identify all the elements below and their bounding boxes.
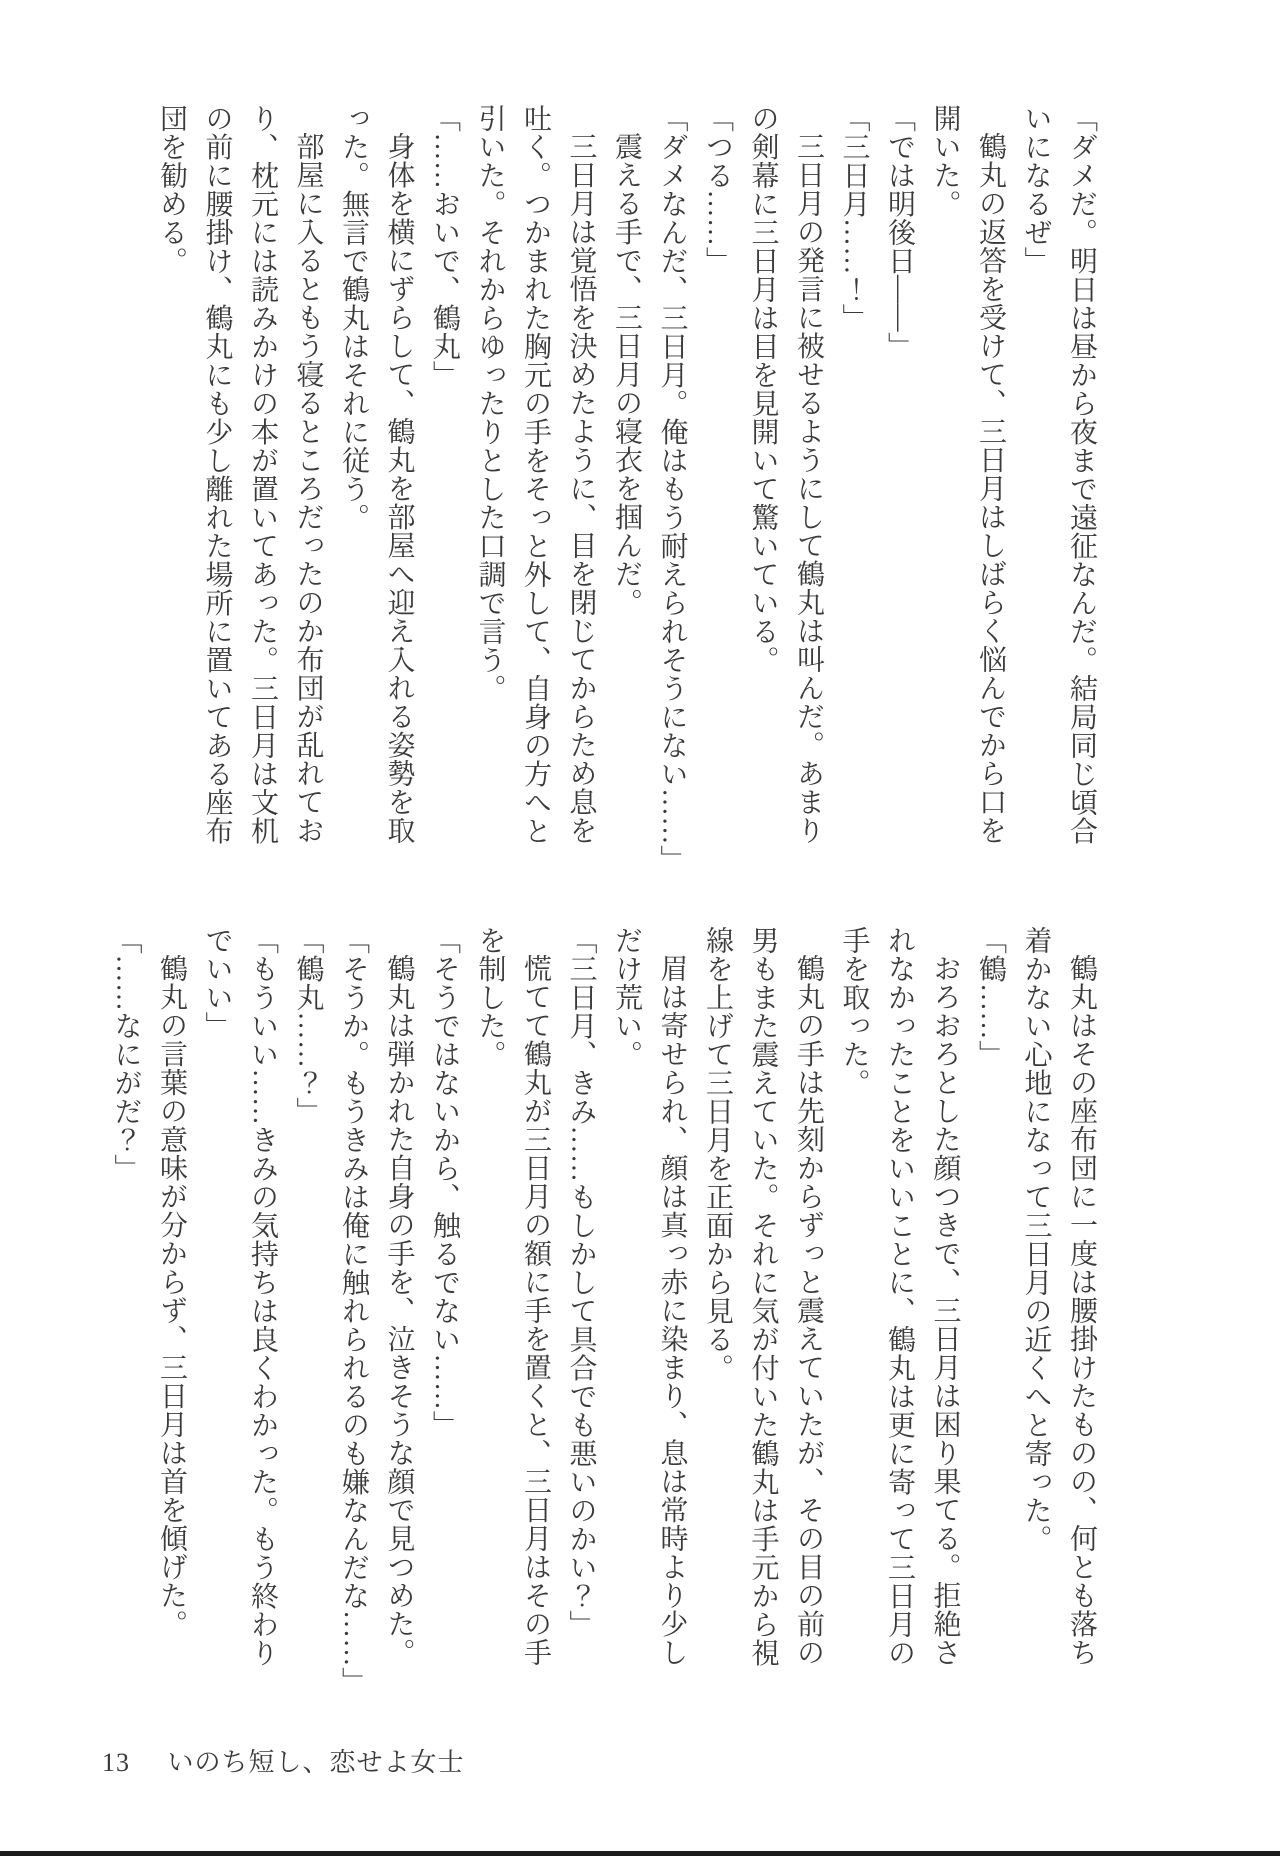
paragraph: 「……おいで、鶴丸」 (422, 104, 468, 864)
paragraph: 「もういい……きみの気持ちは良くわかった。もう終わりでいい」 (194, 926, 285, 1686)
paragraph: 鶴丸の手は先刻からずっと震えていたが、その目の前の男もまた震えていた。それに気が… (695, 926, 832, 1686)
book-page: 「ダメだ。明日は昼から夜まで遠征なんだ。結局同じ頃合いになるぜ」鶴丸の返答を受け… (0, 0, 1280, 1856)
paragraph: 「鶴丸……？」 (285, 926, 331, 1686)
paragraph: 身体を横にずらして、鶴丸を部屋へ迎え入れる姿勢を取った。無言で鶴丸はそれに従う。 (331, 104, 422, 864)
paragraph: 「そうではないから、触るでない……」 (422, 926, 468, 1686)
paragraph: 「三日月、きみ……もしかして具合でも悪いのかい？」 (558, 926, 604, 1686)
paragraph: 「では明後日――」 (877, 104, 923, 864)
paragraph: 鶴丸は弾かれた自身の手を、泣きそうな顔で見つめた。 (376, 926, 422, 1686)
paragraph: 「三日月……！」 (831, 104, 877, 864)
paragraph: 「つる……」 (695, 104, 741, 864)
paragraph: 鶴丸の言葉の意味が分からず、三日月は首を傾げた。 (149, 926, 195, 1686)
paragraph: 「ダメだ。明日は昼から夜まで遠征なんだ。結局同じ頃合いになるぜ」 (1013, 104, 1104, 864)
paragraph: 三日月は覚悟を決めたように、目を閉じてからため息を吐く。つかまれた胸元の手をそっ… (467, 104, 604, 864)
page-footer: 13 いのち短し、恋せよ女士 (102, 1742, 465, 1779)
paragraph: 「ダメなんだ、三日月。俺はもう耐えられそうにない……」 (649, 104, 695, 864)
bottom-text-block: 鶴丸はその座布団に一度は腰掛けたものの、何とも落ち着かない心地になって三日月の近… (103, 926, 1104, 1686)
paragraph: 鶴丸はその座布団に一度は腰掛けたものの、何とも落ち着かない心地になって三日月の近… (1013, 926, 1104, 1686)
paragraph: おろおろとした顔つきで、三日月は困り果てる。拒絶されなかったことをいいことに、鶴… (831, 926, 968, 1686)
paragraph: 三日月の発言に被せるようにして鶴丸は叫んだ。あまりの剣幕に三日月は目を見開いて驚… (740, 104, 831, 864)
paragraph: 「……なにがだ？」 (103, 926, 149, 1686)
paragraph: 部屋に入るともう寝るところだったのか布団が乱れており、枕元には読みかけの本が置い… (149, 104, 331, 864)
paragraph: 慌てて鶴丸が三日月の額に手を置くと、三日月はその手を制した。 (467, 926, 558, 1686)
paragraph: 「そうか。もうきみは俺に触れられるのも嫌なんだな……」 (331, 926, 377, 1686)
paragraph: 「鶴……」 (968, 926, 1014, 1686)
top-text-block: 「ダメだ。明日は昼から夜まで遠征なんだ。結局同じ頃合いになるぜ」鶴丸の返答を受け… (149, 104, 1105, 864)
paragraph: 震える手で、三日月の寝衣を掴んだ。 (604, 104, 650, 864)
scan-edge-shadow (0, 1851, 1280, 1856)
page-number: 13 (102, 1748, 130, 1778)
footer-story-title: いのち短し、恋せよ女士 (168, 1742, 465, 1779)
paragraph: 鶴丸の返答を受けて、三日月はしばらく悩んでから口を開いた。 (922, 104, 1013, 864)
paragraph: 眉は寄せられ、顔は真っ赤に染まり、息は常時より少しだけ荒い。 (604, 926, 695, 1686)
